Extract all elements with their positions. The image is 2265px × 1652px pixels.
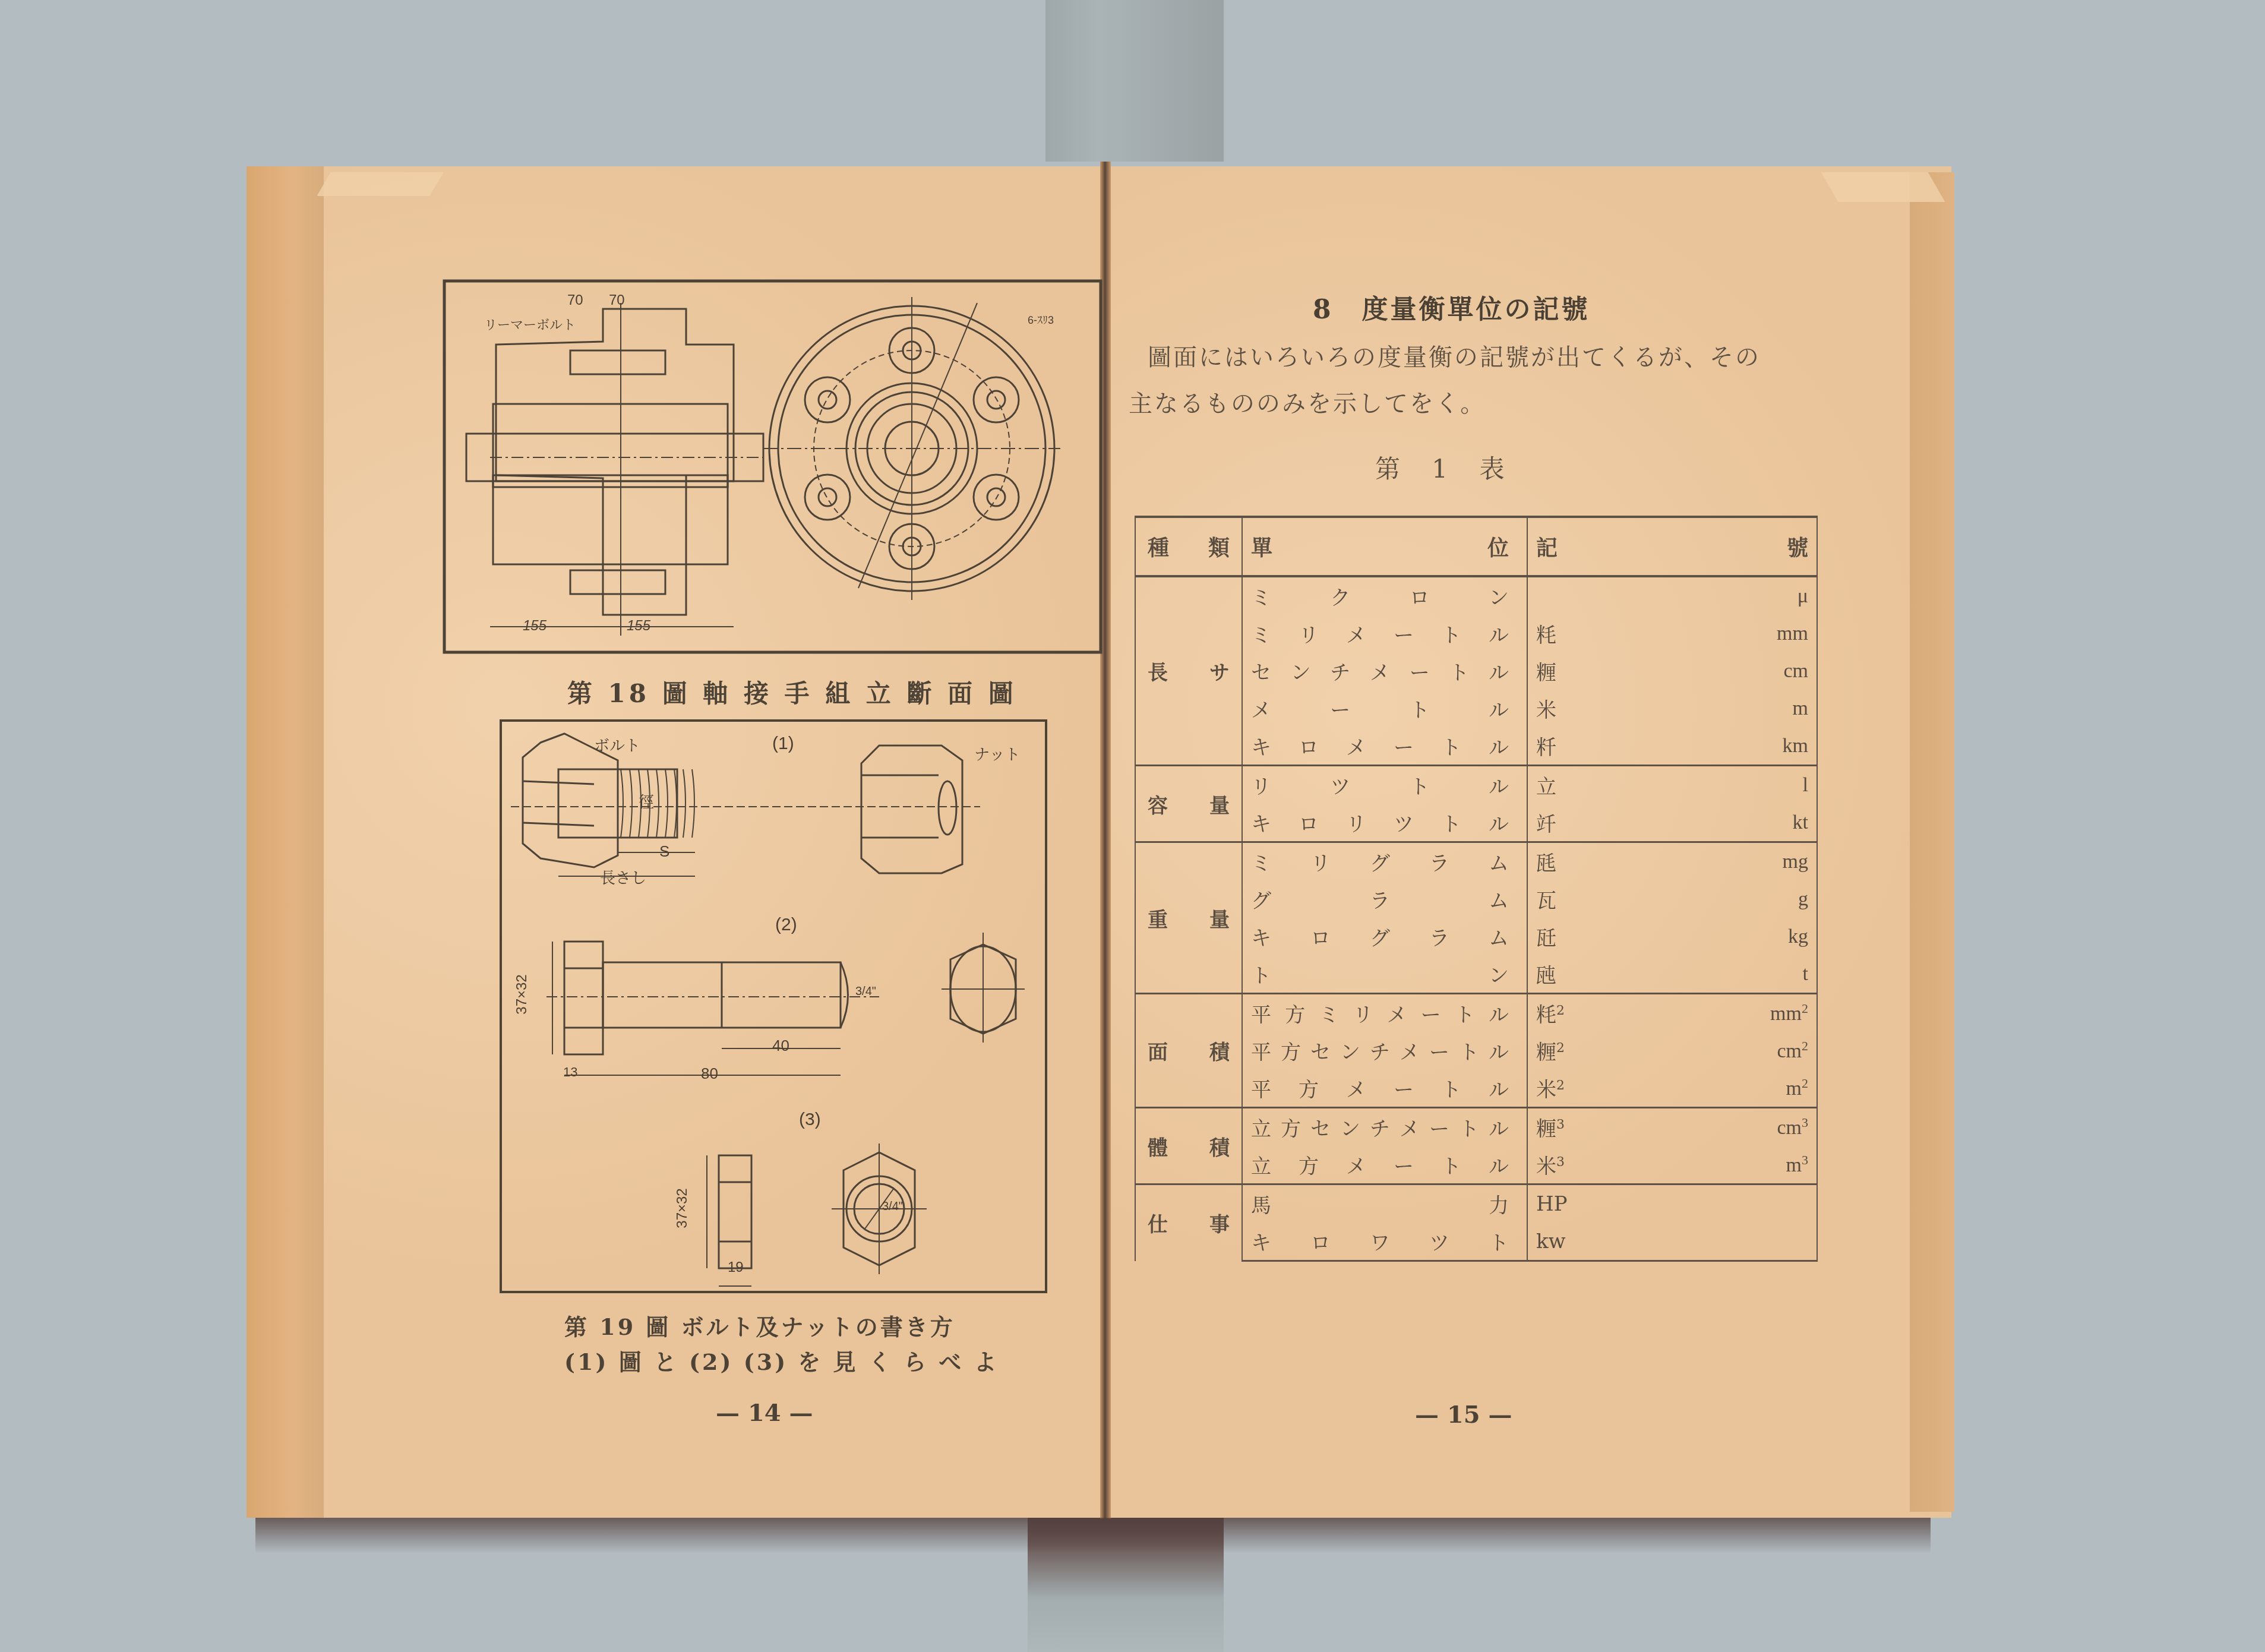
unit-name-cell: 平方ミリメートル xyxy=(1242,994,1527,1032)
nut-dim-label: 37×32 xyxy=(674,1188,691,1228)
nut-thk-label: 19 xyxy=(728,1259,744,1276)
dim-bottom-right: 155 xyxy=(627,618,650,634)
table-row: 仕事馬力HP xyxy=(1135,1184,1817,1223)
table-row: 面積平方ミリメートル粍2mm2 xyxy=(1135,994,1817,1032)
dia-label-2: 3/4" xyxy=(855,985,876,999)
dim-top-right: 70 xyxy=(609,292,625,309)
unit-name-cell: グラム xyxy=(1242,880,1527,918)
symbol-kanji-cell: 米 xyxy=(1527,690,1592,727)
unit-name-cell: ミリメートル xyxy=(1242,615,1527,652)
symbol-latin-cell: t xyxy=(1592,955,1817,994)
unit-name-cell: キロワツト xyxy=(1242,1223,1527,1261)
symbol-kanji-cell: 米3 xyxy=(1527,1146,1592,1184)
unit-name-cell: メートル xyxy=(1242,690,1527,727)
symbol-latin-cell: mm2 xyxy=(1592,994,1817,1032)
unit-name-cell: 馬力 xyxy=(1242,1184,1527,1223)
left-page-number: — 14 — xyxy=(716,1399,813,1427)
symbol-kanji-cell: 粁 xyxy=(1527,727,1592,766)
category-cell: 仕事 xyxy=(1135,1184,1242,1261)
dim-top-left: 70 xyxy=(567,292,583,309)
symbol-latin-cell: m3 xyxy=(1592,1146,1817,1184)
symbol-kanji-cell: 糎2 xyxy=(1527,1032,1592,1069)
diameter-label: 徑 xyxy=(639,790,654,812)
symbol-kanji-cell: 竏 xyxy=(1527,804,1592,842)
symbol-kanji-cell: 瓱 xyxy=(1527,842,1592,881)
category-cell: 體積 xyxy=(1135,1108,1242,1184)
part2-label: (2) xyxy=(775,915,797,935)
right-page-edge xyxy=(1910,172,1954,1512)
book-shadow xyxy=(255,1518,1931,1553)
table-row: 長サミクロンμ xyxy=(1135,576,1817,615)
symbol-latin-cell: kg xyxy=(1592,918,1817,955)
symbol-kanji-cell: 瓩 xyxy=(1527,918,1592,955)
symbol-latin-cell: μ xyxy=(1592,576,1817,615)
unit-name-cell: トン xyxy=(1242,955,1527,994)
length-label: 長さし xyxy=(600,866,646,888)
unit-name-cell: キログラム xyxy=(1242,918,1527,955)
thread-length-label: S xyxy=(659,842,669,861)
left-page-edge xyxy=(247,166,324,1518)
symbol-latin-cell: m xyxy=(1592,690,1817,727)
backdrop-gutter-top xyxy=(1045,0,1224,162)
symbol-kanji-cell xyxy=(1527,576,1592,615)
bolt-circle-note: 6-ｽﾘ3 xyxy=(1028,312,1054,327)
unit-name-cell: ミリグラム xyxy=(1242,842,1527,881)
symbol-latin-cell: l xyxy=(1592,766,1817,804)
table-row: 容量リツトル立l xyxy=(1135,766,1817,804)
units-table: 種類 單位 記號 長サミクロンμミリメートル粍mmセンチメートル糎cmメートル米… xyxy=(1135,516,1818,1262)
symbol-latin-cell: cm2 xyxy=(1592,1032,1817,1069)
reamer-bolt-label: リーマーボルト xyxy=(484,315,576,333)
category-cell: 重量 xyxy=(1135,842,1242,994)
paragraph-line-2: 主なるもののみを示してをく。 xyxy=(1129,385,1486,419)
symbol-kanji-cell: 糎3 xyxy=(1527,1108,1592,1146)
unit-name-cell: ミクロン xyxy=(1242,576,1527,615)
symbol-latin-cell: cm3 xyxy=(1592,1108,1817,1146)
dia-label-3: 3/4" xyxy=(882,1200,903,1214)
head-thk-label: 13 xyxy=(563,1065,577,1080)
table-header-row: 種類 單位 記號 xyxy=(1135,517,1817,576)
table-row: 重量ミリグラム瓱mg xyxy=(1135,842,1817,881)
symbol-latin-cell: g xyxy=(1592,880,1817,918)
symbol-kanji-cell: 粍 xyxy=(1527,615,1592,652)
symbol-kanji-cell: HP xyxy=(1527,1184,1592,1223)
symbol-latin-cell: m2 xyxy=(1592,1069,1817,1108)
unit-name-cell: キロメートル xyxy=(1242,727,1527,766)
unit-name-cell: 立方センチメートル xyxy=(1242,1108,1527,1146)
corner-fold-right xyxy=(1821,172,1945,202)
section-heading: 8 度量衡單位の記號 xyxy=(1313,288,1590,326)
symbol-latin-cell: kt xyxy=(1592,804,1817,842)
nut-label: ナット xyxy=(974,743,1020,765)
corner-fold-left xyxy=(317,172,443,196)
thread-len-label: 40 xyxy=(772,1037,789,1055)
symbol-latin-cell: mm xyxy=(1592,615,1817,652)
table-row: 體積立方センチメートル糎3cm3 xyxy=(1135,1108,1817,1146)
figure-18-caption: 第 18 圖 軸 接 手 組 立 斷 面 圖 xyxy=(567,674,1017,710)
symbol-latin-cell xyxy=(1592,1184,1817,1223)
category-cell: 長サ xyxy=(1135,576,1242,766)
unit-name-cell: センチメートル xyxy=(1242,652,1527,690)
header-category: 種類 xyxy=(1135,517,1242,576)
part1-label: (1) xyxy=(772,734,794,754)
figure-19-caption-line2: (1) 圖 と (2) (3) を 見 く ら べ よ xyxy=(564,1344,999,1376)
symbol-latin-cell xyxy=(1592,1223,1817,1261)
symbol-kanji-cell: 粍2 xyxy=(1527,994,1592,1032)
unit-name-cell: リツトル xyxy=(1242,766,1527,804)
head-dim-label: 37×32 xyxy=(514,974,530,1014)
header-symbol: 記號 xyxy=(1527,517,1817,576)
total-len-label: 80 xyxy=(701,1065,718,1083)
dim-bottom-left: 155 xyxy=(523,618,546,634)
symbol-latin-cell: km xyxy=(1592,727,1817,766)
figure-19-caption-line1: 第 19 圖 ボルト及ナットの書き方 xyxy=(564,1309,955,1341)
figure-19-drawing xyxy=(499,719,1051,1295)
symbol-kanji-cell: 立 xyxy=(1527,766,1592,804)
symbol-kanji-cell: 瓲 xyxy=(1527,955,1592,994)
part3-label: (3) xyxy=(799,1110,821,1130)
figure-18-drawing xyxy=(443,279,1105,659)
bolt-label: ボルト xyxy=(594,734,640,756)
category-cell: 容量 xyxy=(1135,766,1242,842)
paragraph-line-1: 圖面にはいろいろの度量衡の記號が出てくるが、その xyxy=(1148,339,1761,372)
right-page-number: — 15 — xyxy=(1415,1401,1512,1429)
symbol-kanji-cell: 米2 xyxy=(1527,1069,1592,1108)
header-unit: 單位 xyxy=(1242,517,1527,576)
symbol-latin-cell: cm xyxy=(1592,652,1817,690)
symbol-kanji-cell: kw xyxy=(1527,1223,1592,1261)
category-cell: 面積 xyxy=(1135,994,1242,1108)
unit-name-cell: 平方メートル xyxy=(1242,1069,1527,1108)
symbol-kanji-cell: 糎 xyxy=(1527,652,1592,690)
table-title: 第 1 表 xyxy=(1375,450,1504,485)
unit-name-cell: キロリツトル xyxy=(1242,804,1527,842)
unit-name-cell: 立方メートル xyxy=(1242,1146,1527,1184)
symbol-kanji-cell: 瓦 xyxy=(1527,880,1592,918)
symbol-latin-cell: mg xyxy=(1592,842,1817,881)
table-body: 長サミクロンμミリメートル粍mmセンチメートル糎cmメートル米mキロメートル粁k… xyxy=(1135,576,1817,1261)
unit-name-cell: 平方センチメートル xyxy=(1242,1032,1527,1069)
